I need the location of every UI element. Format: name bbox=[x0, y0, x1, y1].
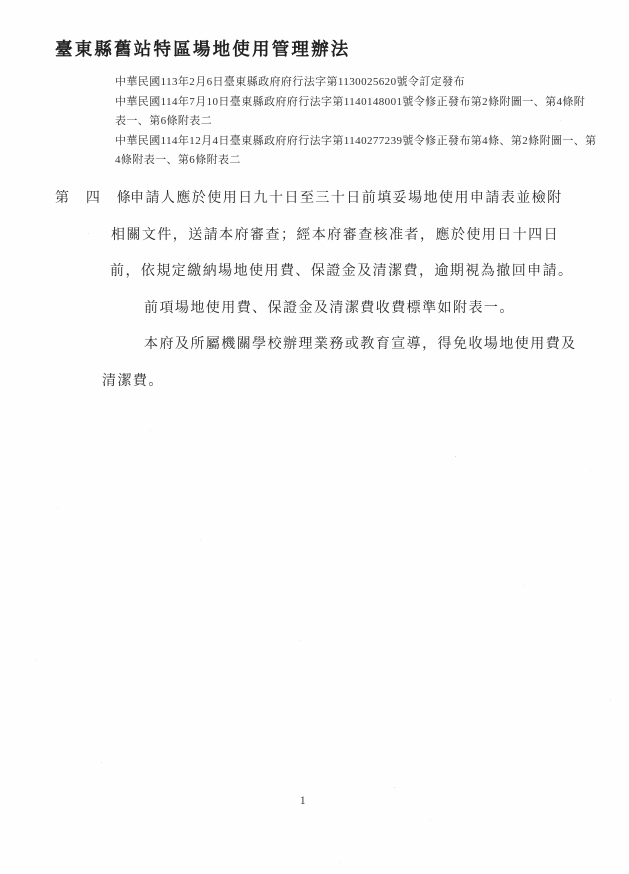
article-text-line-3: 前，依規定繳納場地使用費、保證金及清潔費，逾期視為撤回申請。 bbox=[110, 254, 629, 291]
article-4: 第 四 條 申請人應於使用日九十日至三十日前填妥場地使用申請表並檢附 相關文件，… bbox=[0, 181, 629, 401]
amendment-entry-3-line-2: 4條附表一、第6條附表二 bbox=[115, 151, 575, 171]
amendment-history: 中華民國113年2月6日臺東縣政府府行法字第1130025620號令訂定發布 中… bbox=[115, 73, 575, 171]
article-text-line-1: 申請人應於使用日九十日至三十日前填妥場地使用申請表並檢附 bbox=[130, 181, 629, 218]
amendment-entry-1-line-1: 中華民國113年2月6日臺東縣政府府行法字第1130025620號令訂定發布 bbox=[115, 73, 575, 93]
amendment-entry-2-line-2: 表一、第6條附表二 bbox=[115, 112, 575, 132]
document-title: 臺東縣舊站特區場地使用管理辦法 bbox=[55, 36, 351, 61]
scanned-document-page: 臺東縣舊站特區場地使用管理辦法 中華民國113年2月6日臺東縣政府府行法字第11… bbox=[0, 0, 629, 874]
article-text-line-4: 前項場地使用費、保證金及清潔費收費標準如附表一。 bbox=[144, 291, 629, 328]
article-text-line-6: 清潔費。 bbox=[102, 364, 629, 401]
article-text-line-2: 相關文件，送請本府審查；經本府審查核准者，應於使用日十四日 bbox=[111, 218, 629, 255]
article-number-label: 第 四 條 bbox=[55, 181, 132, 218]
article-text-line-5: 本府及所屬機關學校辦理業務或教育宣導，得免收場地使用費及 bbox=[144, 327, 629, 364]
amendment-entry-2-line-1: 中華民國114年7月10日臺東縣政府府行法字第1140148001號令修正發布第… bbox=[115, 93, 575, 113]
amendment-entry-3-line-1: 中華民國114年12月4日臺東縣政府府行法字第1140277239號令修正發布第… bbox=[115, 132, 575, 152]
scan-noise bbox=[0, 0, 1, 1]
page-number: 1 bbox=[0, 795, 606, 807]
